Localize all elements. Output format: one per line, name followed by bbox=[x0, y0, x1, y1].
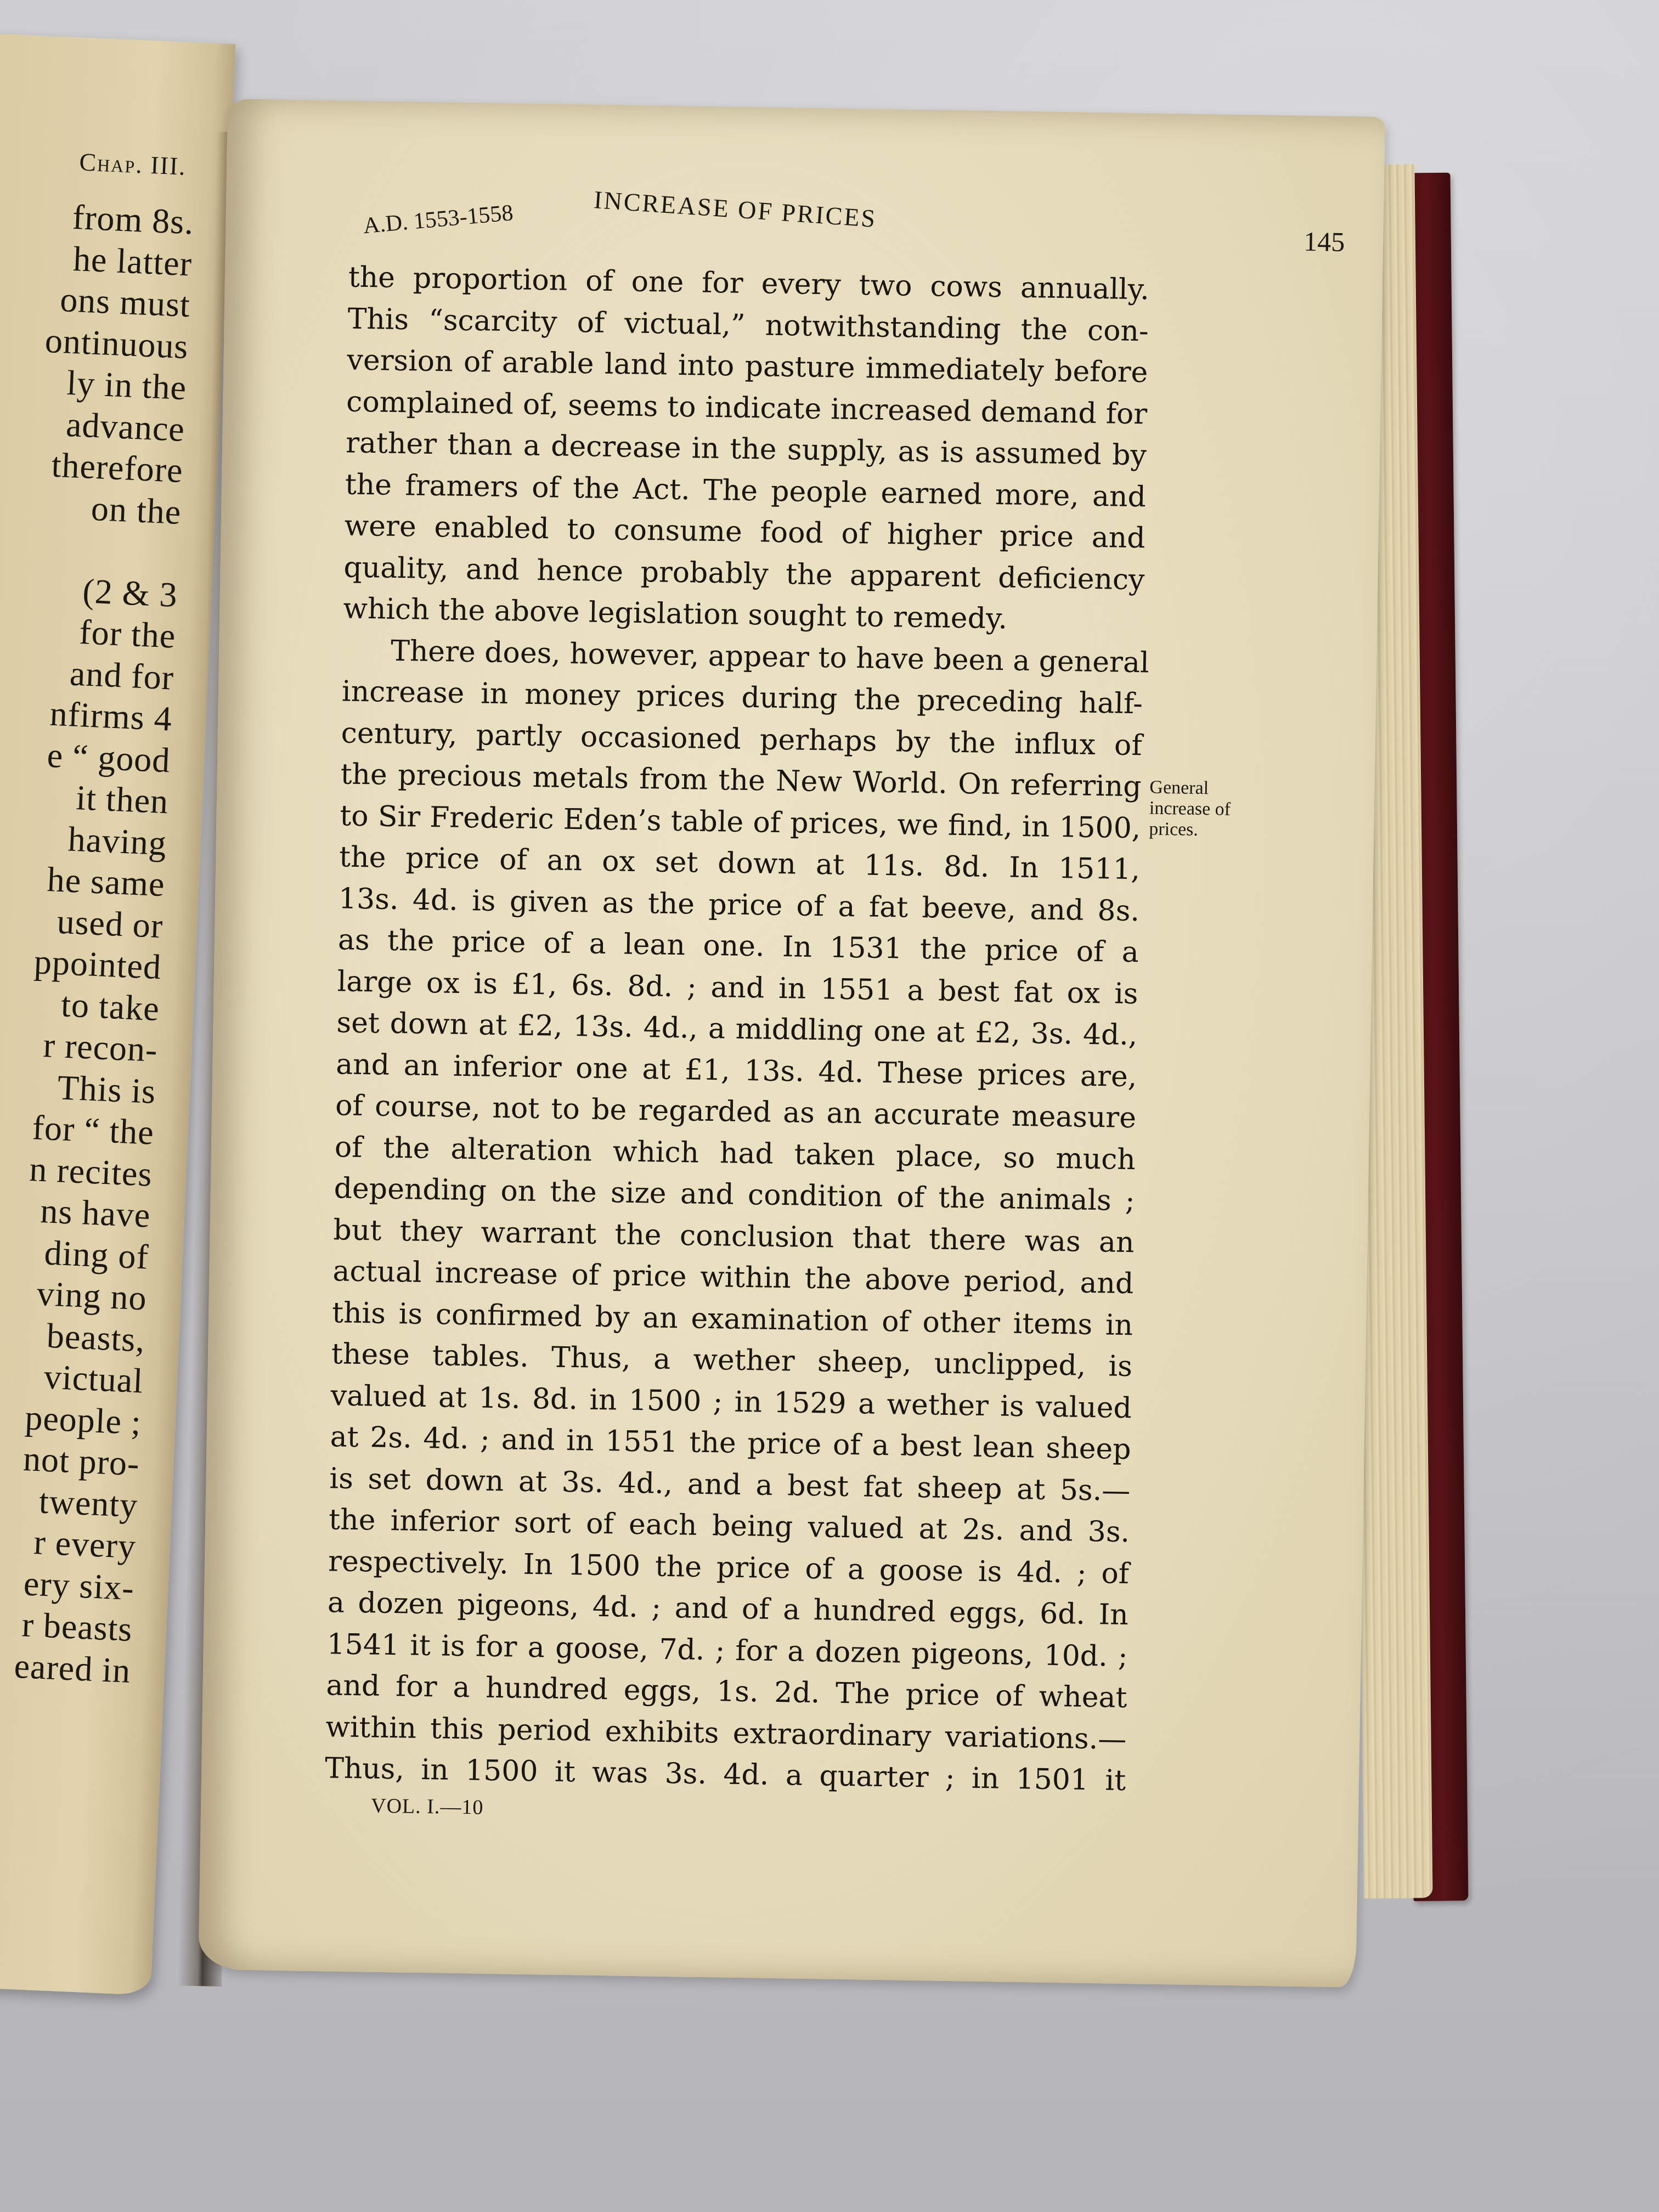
marginal-note-line: increase of bbox=[1149, 798, 1271, 821]
right-page: A.D. 1553-1558 INCREASE OF PRICES 145 th… bbox=[198, 99, 1385, 1988]
left-running-head: Chap. III. bbox=[5, 144, 187, 180]
running-head: A.D. 1553-1558 INCREASE OF PRICES 145 bbox=[352, 189, 1378, 254]
marginal-note-line: General bbox=[1149, 777, 1271, 800]
body-text: the proportion of one for every two cows… bbox=[325, 257, 1150, 1802]
marginal-note: General increase of prices. bbox=[1149, 777, 1271, 842]
running-head-date: A.D. 1553-1558 bbox=[362, 200, 514, 239]
left-page-text: from 8s.he latterons mustontinuously in … bbox=[0, 191, 195, 1691]
marginal-note-line: prices. bbox=[1149, 819, 1270, 842]
page-number: 145 bbox=[1304, 225, 1345, 258]
left-page-line: (2 & 3 bbox=[0, 564, 178, 616]
left-page-line: from 8s. bbox=[0, 191, 195, 243]
signature-mark: VOL. I.—10 bbox=[371, 1793, 484, 1819]
running-head-title: INCREASE OF PRICES bbox=[593, 185, 878, 233]
